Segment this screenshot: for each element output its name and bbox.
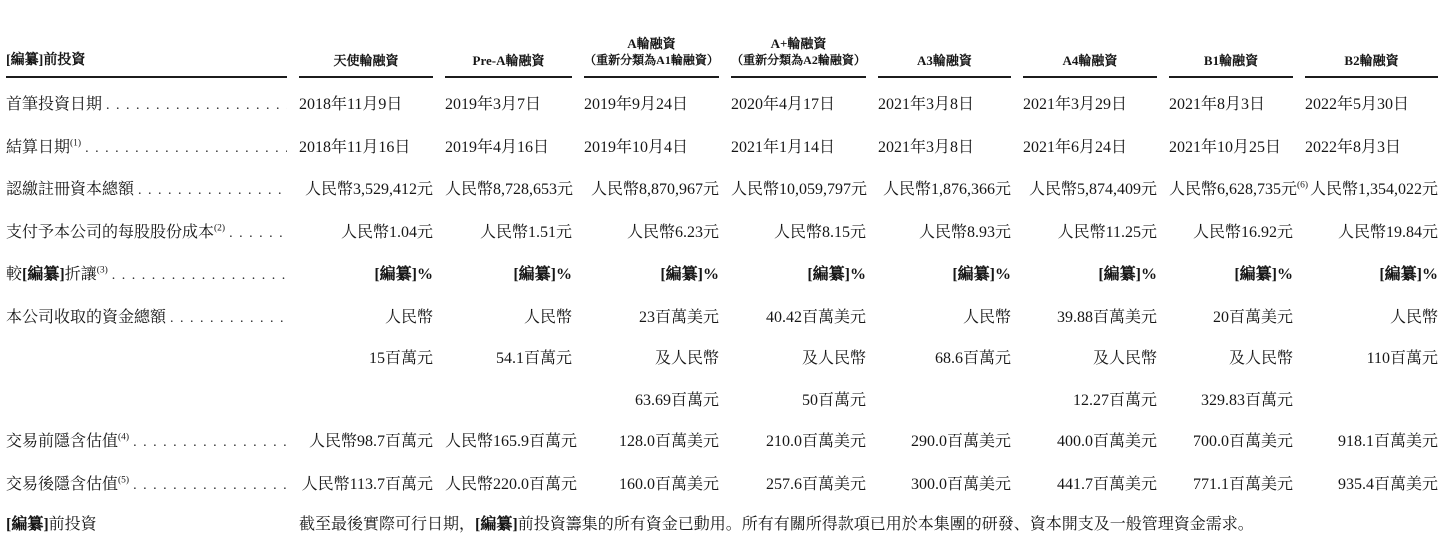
table-cell: 257.6百萬美元 [731, 464, 866, 507]
dotted-leader [106, 84, 287, 127]
table-cell: 人民幣5,874,409元 [1023, 169, 1157, 212]
row-label: 交易後隱含估值(5) [6, 464, 287, 507]
footer-label: [編纂]前投資 [6, 504, 287, 544]
table-cell: 160.0百萬美元 [584, 464, 719, 507]
dotted-leader [138, 169, 287, 212]
table-cell: 人民幣1,354,022元 [1305, 169, 1438, 212]
footer-note: 截至最後實際可行日期，[編纂]前投資籌集的所有資金已動用。所有有關所得款項已用於… [299, 504, 1438, 544]
table-cell: 人民幣98.7百萬元 [299, 421, 433, 464]
table-footer-row: [編纂]前投資截至最後實際可行日期，[編纂]前投資籌集的所有資金已動用。所有有關… [6, 504, 1438, 544]
table-cell: 2019年9月24日 [584, 84, 719, 127]
table-cell: 人民幣68.6百萬元 [878, 297, 1011, 422]
table-cell: 人民幣1,876,366元 [878, 169, 1011, 212]
table-cell: 23百萬美元及人民幣63.69百萬元 [584, 297, 719, 422]
table-cell: 人民幣3,529,412元 [299, 169, 433, 212]
table-cell: 人民幣54.1百萬元 [445, 297, 572, 422]
table-cell: 2019年10月4日 [584, 127, 719, 170]
table-cell: 人民幣6,628,735元(6) [1169, 169, 1293, 212]
table-cell: 2018年11月9日 [299, 84, 433, 127]
table-cell: 700.0百萬美元 [1169, 421, 1293, 464]
table-cell: 2021年3月8日 [878, 84, 1011, 127]
table-cell: [編纂]% [878, 254, 1011, 297]
table-row-4: 較[編纂]折讓(3)[編纂]%[編纂]%[編纂]%[編纂]%[編纂]%[編纂]%… [6, 254, 1438, 297]
dotted-leader [229, 212, 287, 255]
table-cell: 2021年8月3日 [1169, 84, 1293, 127]
table-cell: 人民幣110百萬元 [1305, 297, 1438, 422]
dotted-leader [85, 127, 287, 170]
table-cell: 人民幣19.84元 [1305, 212, 1438, 255]
row-label: 較[編纂]折讓(3) [6, 254, 287, 297]
prospectus-financing-table: [編纂]前投資天使輪融資Pre-A輪融資A輪融資（重新分類為A1輪融資）A+輪融… [0, 0, 1438, 544]
table-row-7: 交易後隱含估值(5)人民幣113.7百萬元人民幣220.0百萬元160.0百萬美… [6, 464, 1438, 507]
table-cell: 人民幣8.15元 [731, 212, 866, 255]
table-row-1: 結算日期(1)2018年11月16日2019年4月16日2019年10月4日20… [6, 127, 1438, 170]
column-header-round-2: A輪融資（重新分類為A1輪融資） [584, 6, 719, 78]
table-cell: 918.1百萬美元 [1305, 421, 1438, 464]
dotted-leader [133, 421, 287, 464]
column-header-round-7: B2輪融資 [1305, 6, 1438, 78]
table-root: [編纂]前投資天使輪融資Pre-A輪融資A輪融資（重新分類為A1輪融資）A+輪融… [6, 6, 1438, 544]
table-cell: 人民幣165.9百萬元 [445, 421, 572, 464]
dotted-leader [112, 254, 287, 297]
table-cell: 2021年3月8日 [878, 127, 1011, 170]
row-label: 認繳註冊資本總額 [6, 169, 287, 212]
table-cell: 2019年4月16日 [445, 127, 572, 170]
table-cell: 2019年3月7日 [445, 84, 572, 127]
table-row-5: 本公司收取的資金總額人民幣15百萬元人民幣54.1百萬元23百萬美元及人民幣63… [6, 297, 1438, 422]
table-cell: 人民幣16.92元 [1169, 212, 1293, 255]
table-cell: [編纂]% [1305, 254, 1438, 297]
table-row-0: 首筆投資日期2018年11月9日2019年3月7日2019年9月24日2020年… [6, 84, 1438, 127]
table-body: 首筆投資日期2018年11月9日2019年3月7日2019年9月24日2020年… [6, 84, 1438, 506]
table-cell: [編纂]% [584, 254, 719, 297]
row-label: 本公司收取的資金總額 [6, 297, 287, 422]
table-cell: 400.0百萬美元 [1023, 421, 1157, 464]
table-row-6: 交易前隱含估值(4)人民幣98.7百萬元人民幣165.9百萬元128.0百萬美元… [6, 421, 1438, 464]
table-cell: 2022年8月3日 [1305, 127, 1438, 170]
table-cell: 人民幣113.7百萬元 [299, 464, 433, 507]
table-cell: 210.0百萬美元 [731, 421, 866, 464]
table-cell: 290.0百萬美元 [878, 421, 1011, 464]
table-cell: [編纂]% [445, 254, 572, 297]
table-cell: 人民幣220.0百萬元 [445, 464, 572, 507]
row-label: 結算日期(1) [6, 127, 287, 170]
table-header-row: [編纂]前投資天使輪融資Pre-A輪融資A輪融資（重新分類為A1輪融資）A+輪融… [6, 6, 1438, 78]
table-cell: 2021年6月24日 [1023, 127, 1157, 170]
table-cell: [編纂]% [731, 254, 866, 297]
table-cell: 人民幣8.93元 [878, 212, 1011, 255]
column-header-round-6: B1輪融資 [1169, 6, 1293, 78]
row-label: 交易前隱含估值(4) [6, 421, 287, 464]
table-cell: 441.7百萬美元 [1023, 464, 1157, 507]
table-row-2: 認繳註冊資本總額人民幣3,529,412元人民幣8,728,653元人民幣8,8… [6, 169, 1438, 212]
table-cell: 2021年1月14日 [731, 127, 866, 170]
column-header-round-4: A3輪融資 [878, 6, 1011, 78]
table-row-3: 支付予本公司的每股股份成本(2)人民幣1.04元人民幣1.51元人民幣6.23元… [6, 212, 1438, 255]
dotted-leader [133, 464, 287, 507]
table-cell: 人民幣11.25元 [1023, 212, 1157, 255]
table-cell: [編纂]% [1023, 254, 1157, 297]
column-header-round-1: Pre-A輪融資 [445, 6, 572, 78]
table-cell: 2020年4月17日 [731, 84, 866, 127]
table-cell: 40.42百萬美元及人民幣50百萬元 [731, 297, 866, 422]
table-cell: 2021年3月29日 [1023, 84, 1157, 127]
table-cell: 2018年11月16日 [299, 127, 433, 170]
table-cell: 2022年5月30日 [1305, 84, 1438, 127]
row-label: 支付予本公司的每股股份成本(2) [6, 212, 287, 255]
column-header-round-3: A+輪融資（重新分類為A2輪融資） [731, 6, 866, 78]
column-header-round-5: A4輪融資 [1023, 6, 1157, 78]
table-cell: 771.1百萬美元 [1169, 464, 1293, 507]
table-cell: 人民幣8,728,653元 [445, 169, 572, 212]
table-cell: 128.0百萬美元 [584, 421, 719, 464]
table-cell: 300.0百萬美元 [878, 464, 1011, 507]
table-cell: 20百萬美元及人民幣329.83百萬元 [1169, 297, 1293, 422]
table-cell: 2021年10月25日 [1169, 127, 1293, 170]
row-label: 首筆投資日期 [6, 84, 287, 127]
table-cell: 人民幣8,870,967元 [584, 169, 719, 212]
column-header-round-0: 天使輪融資 [299, 6, 433, 78]
table-cell: 人民幣15百萬元 [299, 297, 433, 422]
table-cell: 935.4百萬美元 [1305, 464, 1438, 507]
table-cell: 人民幣1.04元 [299, 212, 433, 255]
table-cell: 人民幣10,059,797元 [731, 169, 866, 212]
corner-header: [編纂]前投資 [6, 6, 287, 78]
table-cell: [編纂]% [1169, 254, 1293, 297]
table-cell: [編纂]% [299, 254, 433, 297]
table-cell: 39.88百萬美元及人民幣12.27百萬元 [1023, 297, 1157, 422]
dotted-leader [170, 297, 287, 340]
table-cell: 人民幣6.23元 [584, 212, 719, 255]
table-cell: 人民幣1.51元 [445, 212, 572, 255]
